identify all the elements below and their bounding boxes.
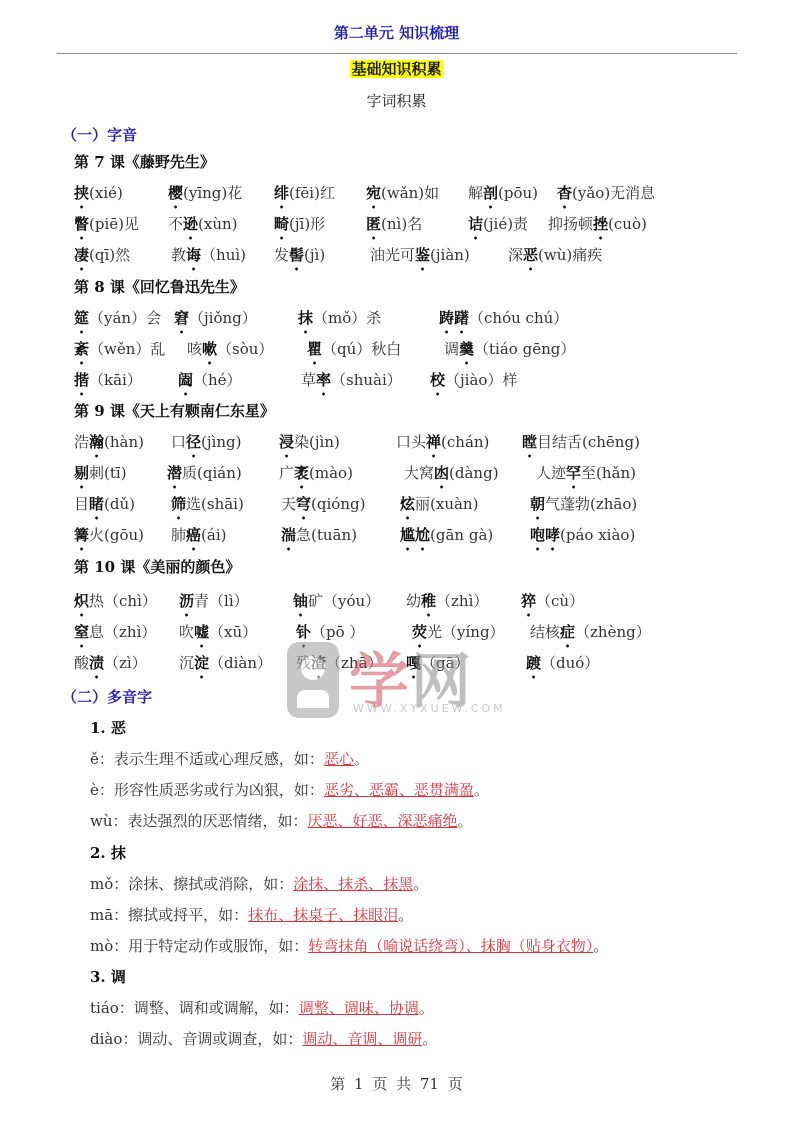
vocab-entry: 潜质(qián) — [167, 462, 242, 492]
polyphone-line: ě：表示生理不适或心理反感，如：恶心。 — [90, 748, 369, 769]
vocab-pinyin: (qī) — [89, 246, 115, 264]
vocab-entry: 沉淀（diàn） — [179, 652, 272, 682]
vocab-pinyin: 目结舌(chēng) — [537, 433, 640, 451]
vocab-target-char: 瞿 — [307, 340, 322, 358]
vocab-prefix: 肺 — [171, 526, 186, 544]
vocab-row: 酸渍（zì）沉淀（diàn）残渣（zhā）嘎（gā）踱（duó） — [74, 652, 734, 674]
vocab-entry: 校（jiào）样 — [430, 369, 517, 399]
vocab-pinyin: （hé） — [193, 371, 242, 389]
vocab-entry: 荧光（yíng） — [412, 621, 505, 651]
vocab-pinyin: （jiào） — [445, 371, 502, 389]
vocab-entry: 瞿（qú）秋白 — [307, 338, 401, 368]
polyphone-line: mā：擦拭或捋平，如：抹布、抹桌子、抹眼泪。 — [90, 904, 413, 925]
vocab-pinyin: (wù) — [538, 246, 572, 264]
vocab-target-char: 嗽 — [202, 340, 217, 358]
vocab-entry: 沥青（lì） — [179, 590, 249, 620]
vocab-pinyin: （duó） — [541, 654, 599, 672]
vocab-entry: 瞥(piē)见 — [74, 213, 139, 243]
vocab-target-char: 咆哮 — [530, 526, 560, 544]
vocab-suffix: 乱 — [150, 340, 165, 358]
vocab-target-char: 淀 — [194, 654, 209, 672]
vocab-entry: 教诲（huì) — [171, 244, 246, 274]
vocab-pinyin: 气蓬勃(zhāo) — [545, 495, 637, 513]
vocab-row: 窒息（zhì）吹嘘（xū）钋（pō ）荧光（yíng）结核症（zhèng） — [74, 621, 734, 643]
vocab-prefix: 抑扬顿 — [548, 215, 593, 233]
vocab-entry: 幼稚（zhì） — [406, 590, 488, 620]
vocab-suffix: 样 — [502, 371, 517, 389]
vocab-prefix: 浩 — [74, 433, 89, 451]
vocab-entry: 杳(yǎo)无消息 — [557, 182, 655, 212]
vocab-row: 浩瀚(hàn)口径(jìng)浸染(jìn)口头禅(chán)瞠目结舌(chēn… — [74, 431, 734, 453]
vocab-target-char: 宛 — [366, 184, 381, 202]
vocab-target-char: 铀 — [293, 592, 308, 610]
vocab-row: 篝火(gōu)肺癌(ái)湍急(tuān)尴尬(gān gà)咆哮(páo xi… — [74, 524, 734, 546]
vocab-target-char: 鉴 — [415, 246, 430, 264]
vocab-prefix: 吹 — [179, 623, 194, 641]
vocab-entry: 阖（hé） — [178, 369, 242, 399]
vocab-suffix: 花 — [227, 184, 242, 202]
vocab-pinyin: 火(gōu) — [89, 526, 144, 544]
polyphone-examples: 涂抹、抹杀、抹黑 — [293, 875, 413, 893]
vocab-entry: 口头禅(chán) — [396, 431, 489, 461]
vocab-pinyin: (hàn) — [104, 433, 144, 451]
vocab-entry: 发髻(jì) — [274, 244, 325, 274]
sub-title: 字词积累 — [0, 90, 793, 111]
vocab-target-char: 杳 — [557, 184, 572, 202]
vocab-pinyin: （xū） — [209, 623, 257, 641]
vocab-entry: 不逊(xùn) — [168, 213, 238, 243]
vocab-target-char: 剖 — [483, 184, 498, 202]
vocab-prefix: 大窝 — [404, 464, 434, 482]
vocab-pinyin: 矿（yóu） — [308, 592, 380, 610]
vocab-entry: 抹（mǒ）杀 — [298, 307, 381, 337]
vocab-entry: 嘎（gā） — [406, 652, 470, 682]
vocab-entry: 筛选(shāi) — [171, 493, 244, 523]
vocab-entry: 天穹(qióng) — [281, 493, 365, 523]
vocab-entry: 酸渍（zì） — [74, 652, 147, 682]
vocab-pinyin: （kāi） — [89, 371, 142, 389]
vocab-target-char: 恶 — [523, 246, 538, 264]
vocab-target-char: 挫 — [593, 215, 608, 233]
vocab-pinyin: （zì） — [104, 654, 147, 672]
vocab-pinyin: （jiǒng） — [189, 309, 257, 327]
vocab-entry: 咆哮(páo xiào) — [530, 524, 635, 554]
vocab-prefix: 油光可 — [370, 246, 415, 264]
page-header-title: 第二单元 知识梳理 — [0, 22, 793, 43]
vocab-target-char: 罕 — [566, 464, 581, 482]
page-footer: 第 1 页 共 71 页 — [0, 1073, 793, 1094]
vocab-entry: 匿(nì)名 — [366, 213, 422, 243]
vocab-pinyin: （shuài） — [331, 371, 402, 389]
lesson-title: 第 7 课《藤野先生》 — [74, 151, 215, 172]
punctuation: 。 — [593, 937, 608, 955]
vocab-pinyin: (ái) — [201, 526, 226, 544]
vocab-entry: 朝气蓬勃(zhāo) — [530, 493, 637, 523]
vocab-entry: 吹嘘（xū） — [179, 621, 257, 651]
vocab-entry: 咳嗽（sòu） — [187, 338, 273, 368]
polyphone-definition: diào：调动、音调或调查，如： — [90, 1030, 302, 1048]
vocab-entry: 炽热（chì） — [74, 590, 157, 620]
vocab-pinyin: (wǎn) — [381, 184, 424, 202]
polyphone-head: 2. 抹 — [90, 842, 126, 863]
vocab-target-char: 凼 — [434, 464, 449, 482]
vocab-target-char: 抹 — [298, 309, 313, 327]
vocab-target-char: 校 — [430, 371, 445, 389]
vocab-pinyin: (xùn) — [198, 215, 238, 233]
vocab-entry: 猝（cù） — [521, 590, 584, 620]
vocab-pinyin: (gān gà) — [430, 526, 493, 544]
vocab-pinyin: 息（zhì） — [89, 623, 156, 641]
vocab-prefix: 口头 — [396, 433, 426, 451]
vocab-pinyin: (qióng) — [311, 495, 365, 513]
vocab-row: 挟(xié)樱(yīng)花绯(fēi)红宛(wǎn)如解剖(pōu)杳(yǎo… — [74, 182, 734, 204]
vocab-prefix: 咳 — [187, 340, 202, 358]
vocab-row: 凄(qī)然教诲（huì)发髻(jì)油光可鉴(jiàn)深恶(wù)痛疾 — [74, 244, 734, 266]
vocab-entry: 目睹(dǔ) — [74, 493, 135, 523]
vocab-pinyin: 光（yíng） — [427, 623, 505, 641]
vocab-prefix: 天 — [281, 495, 296, 513]
vocab-target-char: 瀚 — [89, 433, 104, 451]
vocab-target-char: 径 — [186, 433, 201, 451]
vocab-target-char: 朝 — [530, 495, 545, 513]
vocab-pinyin: (yīng) — [183, 184, 227, 202]
vocab-entry: 广袤(mào) — [279, 462, 353, 492]
vocab-prefix: 口 — [171, 433, 186, 451]
vocab-pinyin: 质(qián) — [182, 464, 242, 482]
vocab-pinyin: (mào) — [309, 464, 353, 482]
punctuation: 。 — [422, 1030, 437, 1048]
polyphone-examples: 恶劣、恶霸、恶贯满盈 — [324, 781, 474, 799]
polyphone-head: 3. 调 — [90, 966, 126, 987]
vocab-pinyin: （gā） — [421, 654, 470, 672]
polyphone-examples: 抹布、抹桌子、抹眼泪 — [248, 906, 398, 924]
vocab-target-char: 诘 — [468, 215, 483, 233]
vocab-pinyin: (páo xiào) — [560, 526, 635, 544]
vocab-pinyin: 选(shāi) — [186, 495, 244, 513]
vocab-pinyin: (nì) — [381, 215, 407, 233]
vocab-suffix: 痛疾 — [572, 246, 602, 264]
polyphone-definition: è：形容性质恶劣或行为凶狠，如： — [90, 781, 324, 799]
punctuation: 。 — [458, 812, 473, 830]
polyphone-line: wù：表达强烈的厌恶情绪，如：厌恶、好恶、深恶痛绝。 — [90, 810, 473, 831]
punctuation: 。 — [354, 750, 369, 768]
vocab-target-char: 筛 — [171, 495, 186, 513]
polyphone-definition: tiáo：调整、调和或调解，如： — [90, 999, 299, 1017]
vocab-pinyin: （sòu） — [217, 340, 273, 358]
vocab-pinyin: （huì) — [201, 246, 246, 264]
punctuation: 。 — [474, 781, 489, 799]
polyphone-definition: wù：表达强烈的厌恶情绪，如： — [90, 812, 308, 830]
vocab-target-char: 禅 — [426, 433, 441, 451]
main-title: 基础知识积累 — [0, 58, 793, 79]
vocab-pinyin: 热（chì） — [89, 592, 157, 610]
vocab-prefix: 结核 — [530, 623, 560, 641]
vocab-target-char: 猝 — [521, 592, 536, 610]
vocab-target-char: 羹 — [459, 340, 474, 358]
vocab-target-char: 篝 — [74, 526, 89, 544]
vocab-row: 剔刺(tī)潜质(qián)广袤(mào)大窝凼(dàng)人迹罕至(hǎn) — [74, 462, 734, 484]
vocab-target-char: 潜 — [167, 464, 182, 482]
vocab-entry: 调羹（tiáo gēng） — [444, 338, 575, 368]
vocab-row: 目睹(dǔ)筛选(shāi)天穹(qióng)炫丽(xuàn)朝气蓬勃(zhāo… — [74, 493, 734, 515]
vocab-pinyin: 青（lì） — [194, 592, 249, 610]
polyphone-examples: 恶心 — [324, 750, 354, 768]
vocab-target-char: 嘘 — [194, 623, 209, 641]
vocab-target-char: 穹 — [296, 495, 311, 513]
vocab-target-char: 绯 — [274, 184, 289, 202]
lesson-title: 第 9 课《天上有颗南仁东星》 — [74, 400, 275, 421]
vocab-pinyin: (yǎo) — [572, 184, 610, 202]
vocab-pinyin: 染(jìn) — [294, 433, 340, 451]
vocab-target-char: 炫 — [400, 495, 415, 513]
vocab-prefix: 草 — [301, 371, 316, 389]
vocab-prefix: 不 — [168, 215, 183, 233]
vocab-row: 瞥(piē)见不逊(xùn)畸(jī)形匿(nì)名诘(jié)责抑扬顿挫(cu… — [74, 213, 734, 235]
vocab-target-char: 瞠 — [522, 433, 537, 451]
vocab-target-char: 瞥 — [74, 215, 89, 233]
polyphone-examples: 调整、调味、协调 — [299, 999, 419, 1017]
vocab-suffix: 红 — [320, 184, 335, 202]
vocab-entry: 深恶(wù)痛疾 — [508, 244, 602, 274]
vocab-pinyin: （chóu chú） — [469, 309, 568, 327]
vocab-entry: 湍急(tuān) — [281, 524, 357, 554]
polyphone-definition: ě：表示生理不适或心理反感，如： — [90, 750, 324, 768]
vocab-entry: 炫丽(xuàn) — [400, 493, 478, 523]
vocab-suffix: 杀 — [366, 309, 381, 327]
vocab-entry: 樱(yīng)花 — [168, 182, 242, 212]
punctuation: 。 — [419, 999, 434, 1017]
vocab-entry: 浩瀚(hàn) — [74, 431, 144, 461]
vocab-pinyin: （tiáo gēng） — [474, 340, 575, 358]
vocab-row: 筵（yán）会窘（jiǒng）抹（mǒ）杀踌躇（chóu chú） — [74, 307, 734, 329]
vocab-suffix: 秋白 — [371, 340, 401, 358]
vocab-entry: 草率（shuài） — [301, 369, 402, 399]
vocab-prefix: 沉 — [179, 654, 194, 672]
header-divider — [57, 53, 737, 54]
vocab-entry: 钋（pō ） — [296, 621, 364, 651]
section-title-pronunciation: （一）字音 — [62, 124, 137, 145]
vocab-suffix: 无消息 — [610, 184, 655, 202]
vocab-target-char: 癌 — [186, 526, 201, 544]
vocab-pinyin: (dǔ) — [104, 495, 135, 513]
vocab-target-char: 诲 — [186, 246, 201, 264]
vocab-entry: 肺癌(ái) — [171, 524, 226, 554]
vocab-target-char: 沥 — [179, 592, 194, 610]
polyphone-line: diào：调动、音调或调查，如：调动、音调、调研。 — [90, 1028, 437, 1049]
vocab-entry: 铀矿（yóu） — [293, 590, 380, 620]
vocab-entry: 绯(fēi)红 — [274, 182, 335, 212]
vocab-target-char: 筵 — [74, 309, 89, 327]
polyphone-line: mǒ：涂抹、擦拭或消除，如：涂抹、抹杀、抹黑。 — [90, 873, 428, 894]
vocab-target-char: 浸 — [279, 433, 294, 451]
lesson-title: 第 8 课《回忆鲁迅先生》 — [74, 276, 245, 297]
vocab-target-char: 渍 — [89, 654, 104, 672]
vocab-target-char: 窘 — [174, 309, 189, 327]
vocab-prefix: 人迹 — [536, 464, 566, 482]
vocab-target-char: 阖 — [178, 371, 193, 389]
vocab-pinyin: (jì) — [304, 246, 325, 264]
polyphone-line: tiáo：调整、调和或调解，如：调整、调味、协调。 — [90, 997, 434, 1018]
vocab-entry: 筵（yán）会 — [74, 307, 161, 337]
vocab-target-char: 尴尬 — [400, 526, 430, 544]
vocab-pinyin: （mǒ） — [313, 309, 366, 327]
section-title-polyphones: （二）多音字 — [62, 686, 152, 707]
vocab-pinyin: （qú） — [322, 340, 371, 358]
vocab-entry: 大窝凼(dàng) — [404, 462, 499, 492]
vocab-prefix: 酸 — [74, 654, 89, 672]
vocab-pinyin: 丽(xuàn) — [415, 495, 478, 513]
vocab-target-char: 荧 — [412, 623, 427, 641]
vocab-target-char: 症 — [560, 623, 575, 641]
vocab-target-char: 凄 — [74, 246, 89, 264]
polyphone-line: è：形容性质恶劣或行为凶狠，如：恶劣、恶霸、恶贯满盈。 — [90, 779, 489, 800]
polyphone-definition: mò：用于特定动作或服饰，如： — [90, 937, 308, 955]
vocab-target-char: 袤 — [294, 464, 309, 482]
punctuation: 。 — [398, 906, 413, 924]
vocab-pinyin: （zhèng） — [575, 623, 651, 641]
vocab-target-char: 窒 — [74, 623, 89, 641]
watermark-url: WWW.XYXUEW.COM — [353, 702, 506, 715]
vocab-entry: 窘（jiǒng） — [174, 307, 257, 337]
vocab-entry: 剔刺(tī) — [74, 462, 127, 492]
vocab-prefix: 残 — [296, 654, 311, 672]
vocab-pinyin: （cù） — [536, 592, 584, 610]
vocab-suffix: 然 — [115, 246, 130, 264]
vocab-entry: 篝火(gōu) — [74, 524, 144, 554]
vocab-target-char: 睹 — [89, 495, 104, 513]
vocab-entry: 浸染(jìn) — [279, 431, 340, 461]
vocab-pinyin: (jiàn) — [430, 246, 470, 264]
lesson-title: 第 10 课《美丽的颜色》 — [74, 556, 240, 577]
vocab-prefix: 广 — [279, 464, 294, 482]
vocab-pinyin: （diàn） — [209, 654, 272, 672]
vocab-entry: 尴尬(gān gà) — [400, 524, 493, 554]
vocab-target-char: 踌躇 — [439, 309, 469, 327]
vocab-row: 紊（wěn）乱咳嗽（sòu）瞿（qú）秋白调羹（tiáo gēng） — [74, 338, 734, 360]
vocab-suffix: 见 — [124, 215, 139, 233]
vocab-suffix: 责 — [513, 215, 528, 233]
vocab-entry: 诘(jié)责 — [468, 213, 528, 243]
vocab-pinyin: （zhì） — [436, 592, 488, 610]
vocab-pinyin: （zhā） — [326, 654, 383, 672]
polyphone-head: 1. 恶 — [90, 717, 126, 738]
vocab-target-char: 紊 — [74, 340, 89, 358]
polyphone-definition: mǒ：涂抹、擦拭或消除，如： — [90, 875, 293, 893]
vocab-suffix: 名 — [407, 215, 422, 233]
vocab-entry: 结核症（zhèng） — [530, 621, 651, 651]
vocab-target-char: 踱 — [526, 654, 541, 672]
vocab-entry: 人迹罕至(hǎn) — [536, 462, 636, 492]
vocab-target-char: 稚 — [421, 592, 436, 610]
vocab-target-char: 湍 — [281, 526, 296, 544]
vocab-prefix: 深 — [508, 246, 523, 264]
vocab-entry: 踌躇（chóu chú） — [439, 307, 568, 337]
main-title-highlight: 基础知识积累 — [350, 60, 442, 78]
vocab-row: 揩（kāi）阖（hé）草率（shuài）校（jiào）样 — [74, 369, 734, 391]
punctuation: 。 — [413, 875, 428, 893]
vocab-prefix: 幼 — [406, 592, 421, 610]
vocab-prefix: 发 — [274, 246, 289, 264]
vocab-pinyin: (jié) — [483, 215, 513, 233]
polyphone-examples: 调动、音调、调研 — [302, 1030, 422, 1048]
vocab-entry: 宛(wǎn)如 — [366, 182, 439, 212]
vocab-row: 炽热（chì）沥青（lì）铀矿（yóu）幼稚（zhì）猝（cù） — [74, 590, 734, 612]
vocab-target-char: 畸 — [274, 215, 289, 233]
vocab-suffix: 形 — [310, 215, 325, 233]
vocab-pinyin: (xié) — [89, 184, 123, 202]
vocab-entry: 揩（kāi） — [74, 369, 142, 399]
vocab-pinyin: （pō ） — [311, 623, 364, 641]
vocab-entry: 口径(jìng) — [171, 431, 241, 461]
vocab-pinyin: 刺(tī) — [89, 464, 127, 482]
vocab-target-char: 逊 — [183, 215, 198, 233]
vocab-entry: 挟(xié) — [74, 182, 123, 212]
vocab-entry: 畸(jī)形 — [274, 213, 325, 243]
vocab-target-char: 钋 — [296, 623, 311, 641]
vocab-target-char: 樱 — [168, 184, 183, 202]
vocab-entry: 残渣（zhā） — [296, 652, 383, 682]
vocab-entry: 解剖(pōu) — [468, 182, 538, 212]
vocab-entry: 油光可鉴(jiàn) — [370, 244, 470, 274]
vocab-target-char: 剔 — [74, 464, 89, 482]
vocab-pinyin: (cuò) — [608, 215, 647, 233]
vocab-entry: 抑扬顿挫(cuò) — [548, 213, 647, 243]
vocab-entry: 瞠目结舌(chēng) — [522, 431, 640, 461]
vocab-prefix: 教 — [171, 246, 186, 264]
vocab-target-char: 揩 — [74, 371, 89, 389]
vocab-pinyin: (piē) — [89, 215, 124, 233]
vocab-suffix: 会 — [146, 309, 161, 327]
vocab-target-char: 嘎 — [406, 654, 421, 672]
vocab-target-char: 渣 — [311, 654, 326, 672]
vocab-target-char: 炽 — [74, 592, 89, 610]
vocab-pinyin: (fēi) — [289, 184, 320, 202]
vocab-entry: 踱（duó） — [526, 652, 599, 682]
vocab-entry: 紊（wěn）乱 — [74, 338, 165, 368]
vocab-suffix: 如 — [424, 184, 439, 202]
vocab-pinyin: （wěn） — [89, 340, 150, 358]
vocab-prefix: 目 — [74, 495, 89, 513]
vocab-pinyin: （yán） — [89, 309, 146, 327]
vocab-target-char: 匿 — [366, 215, 381, 233]
polyphone-examples: 厌恶、好恶、深恶痛绝 — [308, 812, 458, 830]
vocab-entry: 窒息（zhì） — [74, 621, 156, 651]
vocab-target-char: 髻 — [289, 246, 304, 264]
vocab-pinyin: (chán) — [441, 433, 489, 451]
vocab-pinyin: (pōu) — [498, 184, 538, 202]
vocab-pinyin: 至(hǎn) — [581, 464, 636, 482]
vocab-prefix: 调 — [444, 340, 459, 358]
vocab-pinyin: (jī) — [289, 215, 310, 233]
polyphone-line: mò：用于特定动作或服饰，如：转弯抹角（喻说话绕弯）、抹胸（贴身衣物）。 — [90, 935, 608, 956]
polyphone-definition: mā：擦拭或捋平，如： — [90, 906, 248, 924]
vocab-pinyin: (dàng) — [449, 464, 499, 482]
vocab-target-char: 率 — [316, 371, 331, 389]
vocab-pinyin: 急(tuān) — [296, 526, 357, 544]
vocab-entry: 凄(qī)然 — [74, 244, 130, 274]
vocab-pinyin: (jìng) — [201, 433, 241, 451]
vocab-target-char: 挟 — [74, 184, 89, 202]
polyphone-examples: 转弯抹角（喻说话绕弯）、抹胸（贴身衣物） — [308, 937, 593, 955]
vocab-prefix: 解 — [468, 184, 483, 202]
